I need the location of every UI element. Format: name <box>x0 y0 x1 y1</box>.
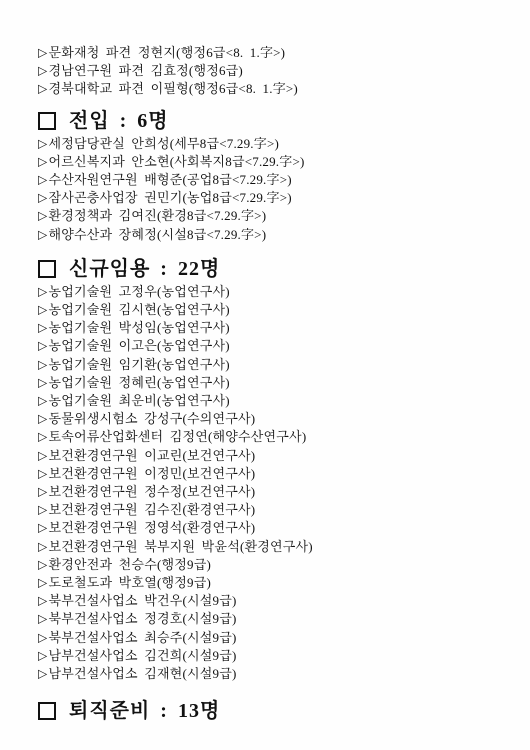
transfer-in-list: ▷세정담당관실 안희성(세무8급<7.29.字>)▷어르신복지과 안소현(사회복… <box>38 135 512 244</box>
list-item: ▷농업기술원 박성임(농업연구사) <box>38 319 512 337</box>
triangle-bullet-icon: ▷ <box>38 465 47 482</box>
square-bullet-icon <box>38 702 56 720</box>
triangle-bullet-icon: ▷ <box>38 226 47 243</box>
list-item-text: 북부건설사업소 박건우(시설9급) <box>48 593 236 608</box>
triangle-bullet-icon: ▷ <box>38 520 47 537</box>
square-bullet-icon <box>38 112 56 130</box>
list-item: ▷경남연구원 파견 김효정(행정6급) <box>38 62 512 80</box>
list-item-text: 문화재청 파견 정현지(행정6급<8. 1.字>) <box>48 45 285 60</box>
triangle-bullet-icon: ▷ <box>38 135 47 152</box>
list-item: ▷보건환경연구원 정영석(환경연구사) <box>38 519 512 537</box>
triangle-bullet-icon: ▷ <box>38 153 47 170</box>
triangle-bullet-icon: ▷ <box>38 666 47 683</box>
triangle-bullet-icon: ▷ <box>38 374 47 391</box>
triangle-bullet-icon: ▷ <box>38 484 47 501</box>
list-item: ▷북부건설사업소 최승주(시설9급) <box>38 629 512 647</box>
list-item: ▷보건환경연구원 김수진(환경연구사) <box>38 501 512 519</box>
list-item: ▷북부건설사업소 정경호(시설9급) <box>38 610 512 628</box>
list-item: ▷보건환경연구원 이교린(보건연구사) <box>38 447 512 465</box>
list-item-text: 어르신복지과 안소현(사회복지8급<7.29.字>) <box>48 154 304 169</box>
triangle-bullet-icon: ▷ <box>38 593 47 610</box>
triangle-bullet-icon: ▷ <box>38 81 47 98</box>
triangle-bullet-icon: ▷ <box>38 45 47 62</box>
list-item: ▷농업기술원 최운비(농업연구사) <box>38 392 512 410</box>
list-item: ▷잠사곤충사업장 권민기(농업8급<7.29.字>) <box>38 189 512 207</box>
list-item: ▷남부건설사업소 김재현(시설9급) <box>38 665 512 683</box>
list-item-text: 토속어류산업화센터 김정연(해양수산연구사) <box>48 429 306 444</box>
section-title: 신규임용 : 22명 <box>69 255 220 283</box>
list-item-text: 보건환경연구원 김수진(환경연구사) <box>48 502 255 517</box>
list-item-text: 해양수산과 장혜정(시설8급<7.29.字>) <box>48 227 266 242</box>
section-title: 퇴직준비 : 13명 <box>69 697 220 725</box>
list-item: ▷보건환경연구원 정수정(보건연구사) <box>38 483 512 501</box>
list-item: ▷농업기술원 정혜린(농업연구사) <box>38 374 512 392</box>
list-item-text: 환경안전과 천승수(행정9급) <box>48 557 211 572</box>
triangle-bullet-icon: ▷ <box>38 447 47 464</box>
list-item: ▷북부건설사업소 박건우(시설9급) <box>38 592 512 610</box>
triangle-bullet-icon: ▷ <box>38 208 47 225</box>
list-item-text: 보건환경연구원 이교린(보건연구사) <box>48 448 255 463</box>
list-item-text: 농업기술원 고정우(농업연구사) <box>48 284 229 299</box>
list-item-text: 농업기술원 이고은(농업연구사) <box>48 338 229 353</box>
section-header-retirement-prep: 퇴직준비 : 13명 <box>38 697 512 725</box>
list-item: ▷어르신복지과 안소현(사회복지8급<7.29.字>) <box>38 153 512 171</box>
list-item-text: 농업기술원 임기환(농업연구사) <box>48 357 229 372</box>
list-item-text: 농업기술원 김시현(농업연구사) <box>48 302 229 317</box>
triangle-bullet-icon: ▷ <box>38 647 47 664</box>
triangle-bullet-icon: ▷ <box>38 320 47 337</box>
list-item: ▷동물위생시험소 강성구(수의연구사) <box>38 410 512 428</box>
triangle-bullet-icon: ▷ <box>38 302 47 319</box>
triangle-bullet-icon: ▷ <box>38 411 47 428</box>
list-item: ▷문화재청 파견 정현지(행정6급<8. 1.字>) <box>38 44 512 62</box>
list-item-text: 보건환경연구원 정영석(환경연구사) <box>48 520 255 535</box>
list-item: ▷세정담당관실 안희성(세무8급<7.29.字>) <box>38 135 512 153</box>
triangle-bullet-icon: ▷ <box>38 393 47 410</box>
triangle-bullet-icon: ▷ <box>38 190 47 207</box>
list-item: ▷토속어류산업화센터 김정연(해양수산연구사) <box>38 428 512 446</box>
triangle-bullet-icon: ▷ <box>38 172 47 189</box>
triangle-bullet-icon: ▷ <box>38 629 47 646</box>
list-item-text: 남부건설사업소 김건희(시설9급) <box>48 648 236 663</box>
list-item-text: 세정담당관실 안희성(세무8급<7.29.字>) <box>48 136 279 151</box>
list-item-text: 보건환경연구원 이정민(보건연구사) <box>48 466 255 481</box>
list-item-text: 동물위생시험소 강성구(수의연구사) <box>48 411 255 426</box>
triangle-bullet-icon: ▷ <box>38 611 47 628</box>
list-item: ▷농업기술원 김시현(농업연구사) <box>38 301 512 319</box>
triangle-bullet-icon: ▷ <box>38 429 47 446</box>
list-item-text: 경남연구원 파견 김효정(행정6급) <box>48 63 243 78</box>
list-item: ▷환경안전과 천승수(행정9급) <box>38 556 512 574</box>
section-title: 전입 : 6명 <box>69 107 169 135</box>
list-item-text: 북부건설사업소 정경호(시설9급) <box>48 611 236 626</box>
list-item: ▷보건환경연구원 북부지원 박윤석(환경연구사) <box>38 538 512 556</box>
list-item: ▷보건환경연구원 이정민(보건연구사) <box>38 465 512 483</box>
list-item: ▷농업기술원 고정우(농업연구사) <box>38 283 512 301</box>
list-item: ▷해양수산과 장혜정(시설8급<7.29.字>) <box>38 226 512 244</box>
list-item: ▷도로철도과 박호열(행정9급) <box>38 574 512 592</box>
list-item-text: 보건환경연구원 정수정(보건연구사) <box>48 484 255 499</box>
list-item-text: 도로철도과 박호열(행정9급) <box>48 575 211 590</box>
list-item-text: 북부건설사업소 최승주(시설9급) <box>48 630 236 645</box>
triangle-bullet-icon: ▷ <box>38 338 47 355</box>
list-item-text: 보건환경연구원 북부지원 박윤석(환경연구사) <box>48 539 312 554</box>
list-item-text: 수산자원연구원 배형준(공업8급<7.29.字>) <box>48 172 291 187</box>
triangle-bullet-icon: ▷ <box>38 538 47 555</box>
triangle-bullet-icon: ▷ <box>38 502 47 519</box>
new-hires-list: ▷농업기술원 고정우(농업연구사)▷농업기술원 김시현(농업연구사)▷농업기술원… <box>38 283 512 683</box>
list-item-text: 농업기술원 박성임(농업연구사) <box>48 320 229 335</box>
dispatch-list: ▷문화재청 파견 정현지(행정6급<8. 1.字>)▷경남연구원 파견 김효정(… <box>38 44 512 99</box>
triangle-bullet-icon: ▷ <box>38 556 47 573</box>
list-item-text: 농업기술원 정혜린(농업연구사) <box>48 375 229 390</box>
list-item-text: 남부건설사업소 김재현(시설9급) <box>48 666 236 681</box>
section-header-new-hires: 신규임용 : 22명 <box>38 255 512 283</box>
list-item: ▷남부건설사업소 김건희(시설9급) <box>38 647 512 665</box>
triangle-bullet-icon: ▷ <box>38 356 47 373</box>
list-item: ▷환경정책과 김여진(환경8급<7.29.字>) <box>38 207 512 225</box>
triangle-bullet-icon: ▷ <box>38 63 47 80</box>
list-item-text: 경북대학교 파견 이필형(행정6급<8. 1.字>) <box>48 81 298 96</box>
list-item-text: 잠사곤충사업장 권민기(농업8급<7.29.字>) <box>48 190 291 205</box>
list-item-text: 농업기술원 최운비(농업연구사) <box>48 393 229 408</box>
list-item: ▷농업기술원 이고은(농업연구사) <box>38 337 512 355</box>
triangle-bullet-icon: ▷ <box>38 283 47 300</box>
section-header-transfer-in: 전입 : 6명 <box>38 107 512 135</box>
triangle-bullet-icon: ▷ <box>38 575 47 592</box>
list-item: ▷농업기술원 임기환(농업연구사) <box>38 356 512 374</box>
list-item: ▷수산자원연구원 배형준(공업8급<7.29.字>) <box>38 171 512 189</box>
list-item-text: 환경정책과 김여진(환경8급<7.29.字>) <box>48 208 266 223</box>
document-page: ▷문화재청 파견 정현지(행정6급<8. 1.字>)▷경남연구원 파견 김효정(… <box>0 0 530 750</box>
square-bullet-icon <box>38 260 56 278</box>
list-item: ▷경북대학교 파견 이필형(행정6급<8. 1.字>) <box>38 80 512 98</box>
